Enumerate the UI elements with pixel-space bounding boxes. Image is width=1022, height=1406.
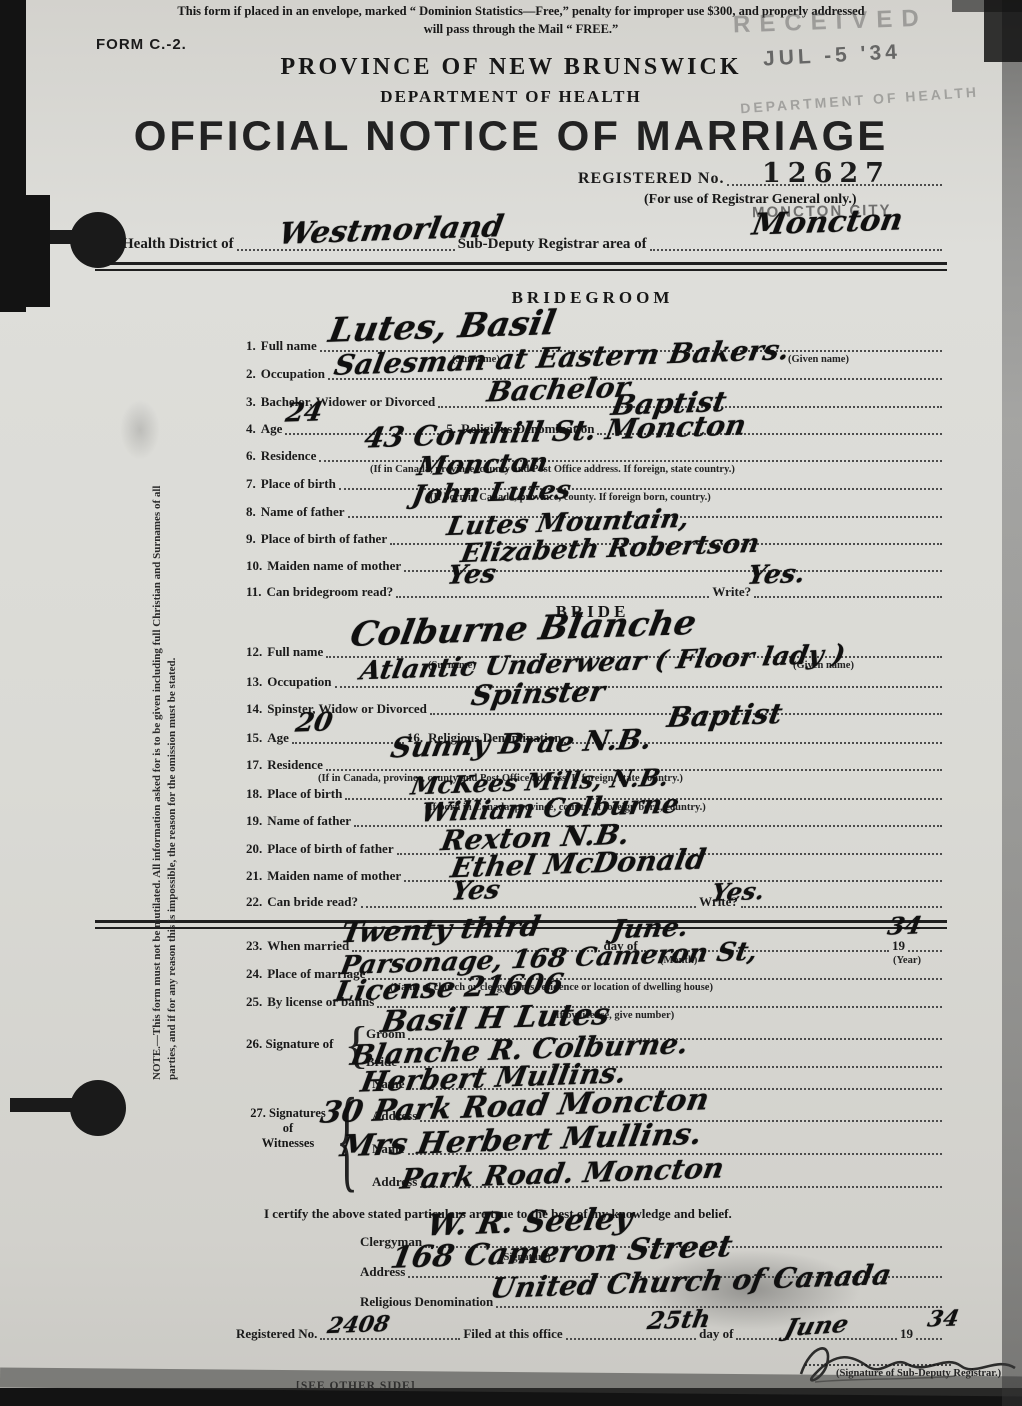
field-number: 27. [250, 1106, 266, 1120]
field-number: 9. [246, 531, 256, 547]
dotted-line [319, 458, 942, 462]
field-groom-residence: 6. Residence [246, 448, 945, 464]
hw-groom-father: John Lutes [410, 477, 573, 508]
field-number: 7. [246, 476, 256, 492]
field-number: 8. [246, 504, 256, 520]
signature-of-label: 26. Signature of [246, 1036, 334, 1052]
field-number: 12. [246, 644, 262, 660]
hw-groom-status: Bachelor [485, 374, 632, 407]
dotted-line [754, 594, 942, 598]
given-name-sublabel: (Given name) [788, 354, 849, 365]
field-label: Place of birth of father [267, 841, 393, 857]
form-number: FORM C.-2. [96, 36, 187, 53]
ink-smudge [120, 400, 160, 460]
field-groom-read-write: 11. Can bridegroom read? Write? [246, 584, 945, 600]
hw-health-district: Westmorland [277, 212, 506, 250]
hw-bride-write: Yes. [710, 879, 767, 905]
field-label: Place of birth [267, 786, 342, 802]
field-label: Occupation [267, 674, 331, 690]
side-note-line1: NOTE.—This form must not be mutilated. A… [150, 468, 165, 1080]
field-label: Residence [261, 448, 317, 464]
side-note: NOTE.—This form must not be mutilated. A… [150, 468, 180, 1080]
field-label: Place of birth of father [261, 531, 387, 547]
denomination-label: Religious Denomination [360, 1294, 493, 1310]
dotted-line [361, 904, 696, 908]
header-rule [95, 262, 947, 271]
hw-groom-birthplace: Moncton [415, 450, 550, 480]
year-prefix: 19 [892, 938, 905, 954]
bridegroom-heading: BRIDEGROOM [240, 288, 945, 308]
dotted-line [566, 1336, 696, 1340]
field-number: 25. [246, 994, 262, 1010]
field-label: Age [267, 730, 289, 746]
scanned-marriage-form: This form if placed in an envelope, mark… [0, 0, 1022, 1406]
field-label: Signature of [266, 1036, 334, 1051]
hw-when-married-day: Twenty third [339, 913, 543, 948]
scan-edge-right [1002, 0, 1022, 1406]
field-number: 21. [246, 868, 262, 884]
field-number: 1. [246, 338, 256, 354]
hole-punch-bar [10, 1098, 76, 1112]
dotted-line [741, 904, 942, 908]
hw-when-married-year: 34 [886, 913, 924, 938]
health-district-label: Health District of [122, 236, 234, 253]
hw-groom-residence: 43 Cornhill St. Moncton [362, 411, 748, 452]
field-number: 11. [246, 584, 262, 600]
field-label: Residence [267, 757, 323, 773]
hole-punch [70, 1080, 126, 1136]
field-number: 2. [246, 366, 256, 382]
field-number: 3. [246, 394, 256, 410]
field-label: When married [267, 938, 349, 954]
registered-no-value: 12627 [762, 158, 891, 189]
field-number: 22. [246, 894, 262, 910]
hw-footer-filed-date: 25th [646, 1307, 713, 1333]
field-bride-read-write: 22. Can bride read? Write? [246, 894, 945, 910]
field-number: 23. [246, 938, 262, 954]
field-number: 17. [246, 757, 262, 773]
field-number: 20. [246, 841, 262, 857]
hole-punch [70, 212, 126, 268]
footer-registered-label: Registered No. [236, 1326, 317, 1342]
hw-bride-read: Yes [450, 877, 502, 905]
field-number: 24. [246, 966, 262, 982]
field-number: 15. [246, 730, 262, 746]
hw-groom-read: Yes [446, 561, 498, 589]
witnesses-label-3: Witnesses [238, 1136, 338, 1151]
field-label: Maiden name of mother [267, 868, 401, 884]
hw-footer-year: 34 [926, 1307, 961, 1330]
field-number: 18. [246, 786, 262, 802]
hw-bride-status: Spinster [469, 678, 607, 711]
dotted-line [335, 684, 942, 688]
page-title: OFFICIAL NOTICE OF MARRIAGE [20, 112, 1002, 160]
field-label: Maiden name of mother [267, 558, 401, 574]
hw-footer-registered-no: 2408 [326, 1313, 392, 1337]
dotted-line [650, 247, 942, 251]
witnesses-label-1: Signatures [269, 1106, 326, 1120]
dotted-line [292, 740, 404, 744]
field-label: Occupation [261, 366, 325, 382]
field-number: 19. [246, 813, 262, 829]
footer-filed-label: Filed at this office [463, 1326, 562, 1342]
field-label: Can bridegroom read? [267, 584, 394, 600]
field-label: Can bride read? [267, 894, 358, 910]
field-label: Full name [267, 644, 323, 660]
hw-groom-write: Yes. [745, 561, 807, 589]
hw-groom-age: 24 [284, 399, 325, 426]
hw-sub-deputy-area: Moncton [750, 205, 905, 240]
field-number: 13. [246, 674, 262, 690]
field-label: Place of birth [261, 476, 336, 492]
field-number: 14. [246, 701, 262, 717]
hw-bride-religion: Baptist [665, 700, 784, 732]
field-label: Name of father [261, 504, 345, 520]
registered-no-label: REGISTERED No. [578, 170, 724, 188]
field-number: 10. [246, 558, 262, 574]
field-label: Name of father [267, 813, 351, 829]
scan-mark-top-right [952, 0, 1022, 12]
field-number: 6. [246, 448, 256, 464]
field-label: Age [261, 421, 283, 437]
field-label: Spinster, Widow or Divorced [267, 701, 427, 717]
hw-bride-age: 20 [294, 709, 335, 736]
field-number: 4. [246, 421, 256, 437]
field-number: 26. [246, 1036, 262, 1051]
field-label: Full name [261, 338, 317, 354]
dotted-line [396, 594, 709, 598]
dotted-line [908, 948, 942, 952]
scan-edge-left-lower [0, 195, 50, 307]
side-note-line2: parties, and if for any reason this is i… [165, 468, 180, 1080]
field-groom-birthplace: 7. Place of birth [246, 476, 945, 492]
year-sublabel: (Year) [893, 955, 921, 966]
